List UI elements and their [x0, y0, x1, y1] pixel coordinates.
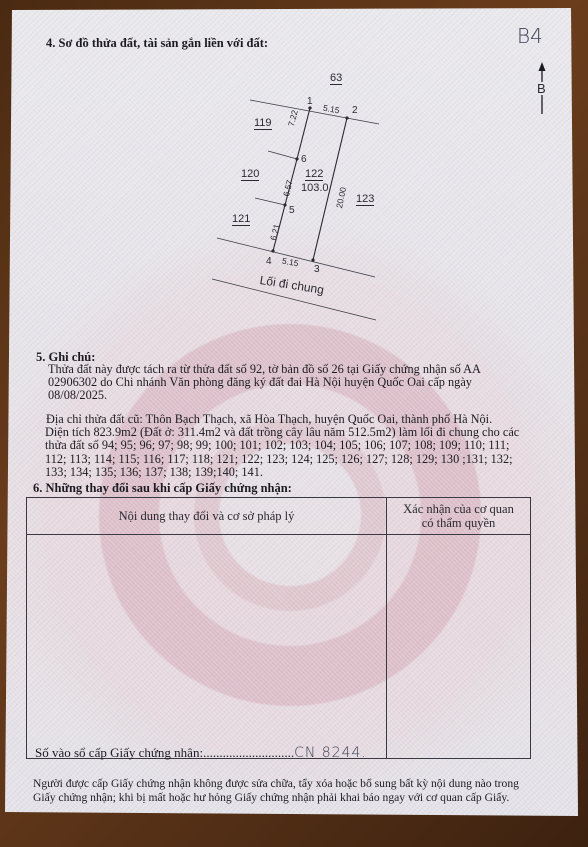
registry-dots: ............................ — [203, 745, 294, 760]
note-line-2: 02906302 do Chi nhánh Văn phòng đăng ký … — [48, 376, 472, 389]
note-line-1: Thửa đất này được tách ra từ thửa đất số… — [48, 363, 481, 376]
point-2: 2 — [352, 105, 358, 116]
point-5: 5 — [289, 205, 295, 216]
column-header-confirmation: Xác nhận của cơ quan có thẩm quyền — [387, 498, 531, 535]
column-header-confirmation-line1: Xác nhận của cơ quan — [403, 502, 514, 516]
neighbor-parcel-bottom-left: 121 — [232, 213, 250, 226]
parcel-number: 122 — [305, 168, 323, 181]
neighbor-parcel-top-left: 119 — [254, 117, 272, 130]
registry-line: Số vào sổ cấp Giấy chứng nhận:..........… — [35, 745, 367, 761]
column-header-content: Nội dung thay đổi và cơ sở pháp lý — [27, 498, 387, 535]
neighbor-parcel-mid-left: 120 — [241, 168, 259, 181]
changes-table: Nội dung thay đổi và cơ sở pháp lý Xác n… — [26, 497, 531, 759]
note-line-5: Diện tích 823.9m2 (Đất ở: 311.4m2 và đất… — [45, 426, 519, 439]
footer-line-1: Người được cấp Giấy chứng nhận không đượ… — [33, 777, 519, 790]
neighbor-parcel-top: 63 — [330, 72, 342, 85]
note-line-6: thửa đất số 94; 95; 96; 97; 98; 99; 100;… — [45, 439, 509, 452]
registry-label: Số vào sổ cấp Giấy chứng nhận: — [35, 745, 203, 760]
point-1: 1 — [307, 96, 313, 107]
note-line-4: Địa chỉ thửa đất cũ: Thôn Bạch Thạch, xã… — [46, 413, 492, 426]
point-3: 3 — [314, 264, 320, 275]
parcel-area: 103.0 — [301, 182, 329, 194]
point-4: 4 — [266, 256, 272, 267]
changes-content-cell[interactable] — [27, 535, 387, 759]
note-line-7: 112; 113; 114; 115; 116; 117; 118; 121; … — [45, 453, 513, 466]
neighbor-parcel-right: 123 — [356, 193, 374, 206]
changes-confirmation-cell[interactable] — [387, 535, 531, 759]
registry-number: CN 8244. — [294, 745, 367, 761]
footer-line-2: Giấy chứng nhận; khi bị mất hoặc hư hỏng… — [33, 791, 509, 804]
column-header-confirmation-line2: có thẩm quyền — [422, 516, 496, 530]
note-line-8: 133; 134; 135; 136; 137; 138; 139;140; 1… — [45, 466, 263, 479]
point-6: 6 — [301, 154, 307, 165]
section6-title: 6. Những thay đổi sau khi cấp Giấy chứng… — [33, 481, 292, 496]
note-line-3: 08/08/2025. — [48, 389, 107, 402]
